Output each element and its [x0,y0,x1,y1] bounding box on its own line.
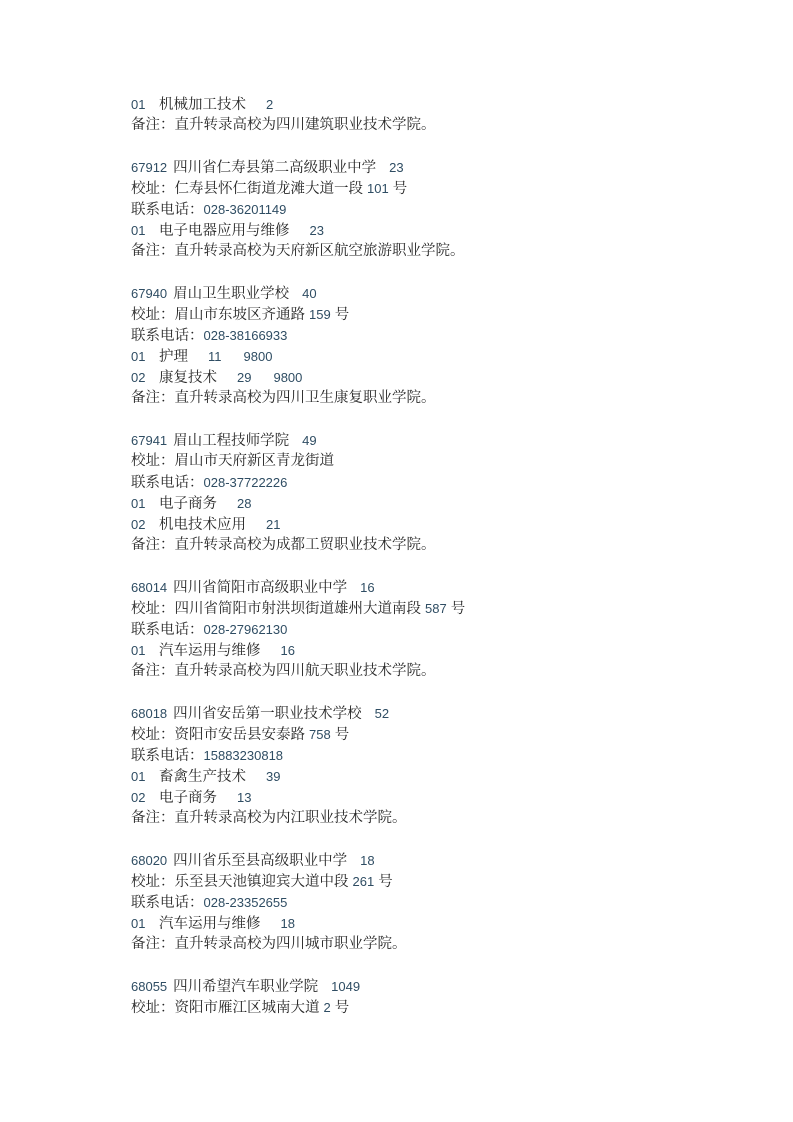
note-label: 备注： [131,390,175,406]
note-text: 直升转录高校为成都工贸职业技术学院。 [175,537,436,553]
school-phone: 联系电话：028-38166933 [131,325,753,346]
note-text: 直升转录高校为四川航天职业技术学院。 [175,663,436,679]
address-value: 四川省简阳市射洪坝街道雄州大道南段 587 号 [175,601,466,617]
major-row: 01护理119800 [131,346,753,367]
major-name: 电子商务 [159,790,217,806]
school-code: 67941 [131,433,167,448]
school-header: 68018四川省安岳第一职业技术学校52 [131,703,753,724]
school-note: 备注：直升转录高校为四川城市职业学院。 [131,934,753,955]
school-address: 校址：四川省简阳市射洪坝街道雄州大道南段 587 号 [131,598,753,619]
phone-value: 028-36201149 [204,202,287,217]
school-note: 备注：直升转录高校为四川航天职业技术学院。 [131,661,753,682]
document-page: 01机械加工技术2 备注：直升转录高校为四川建筑职业技术学院。 67912四川省… [0,0,793,1122]
note-label: 备注： [131,810,175,826]
major-name: 机械加工技术 [159,97,246,113]
school-plan-count: 40 [302,286,316,301]
phone-label: 联系电话： [131,328,204,344]
school-header: 67912四川省仁寿县第二高级职业中学23 [131,157,753,178]
address-value: 眉山市东坡区齐通路 159 号 [175,307,350,323]
major-row: 02康复技术299800 [131,367,753,388]
school-phone: 联系电话：028-36201149 [131,199,753,220]
address-label: 校址： [131,453,175,469]
school-header: 68055四川希望汽车职业学院1049 [131,976,753,997]
school-header: 68014四川省简阳市高级职业中学16 [131,577,753,598]
major-name: 汽车运用与维修 [159,643,261,659]
major-plan-count: 18 [281,916,295,931]
phone-value: 028-23352655 [204,895,288,910]
address-label: 校址： [131,181,175,197]
address-value: 眉山市天府新区青龙街道 [175,453,335,469]
note-text: 直升转录高校为四川建筑职业技术学院。 [175,117,436,133]
major-number: 01 [131,493,146,514]
address-value: 资阳市安岳县安泰路 758 号 [175,727,350,743]
major-plan-count: 23 [310,223,324,238]
school-code: 67912 [131,160,167,175]
address-value: 仁寿县怀仁街道龙滩大道一段 101 号 [175,181,408,197]
school-plan-count: 49 [302,433,316,448]
address-value: 资阳市雁江区城南大道 2 号 [175,1000,350,1016]
phone-label: 联系电话： [131,202,204,218]
school-address: 校址：眉山市天府新区青龙街道 [131,451,753,472]
school-code: 68018 [131,706,167,721]
school-address: 校址：仁寿县怀仁街道龙滩大道一段 101 号 [131,178,753,199]
note-label: 备注： [131,243,175,259]
school-entry: 68014四川省简阳市高级职业中学16 校址：四川省简阳市射洪坝街道雄州大道南段… [131,577,753,682]
major-row: 01电子商务28 [131,493,753,514]
note-label: 备注： [131,117,175,133]
school-address: 校址：资阳市雁江区城南大道 2 号 [131,997,753,1018]
school-name: 四川省安岳第一职业技术学校 [173,706,362,722]
major-number: 02 [131,367,146,388]
major-number: 01 [131,220,146,241]
note-text: 直升转录高校为内江职业技术学院。 [175,810,407,826]
major-row: 02电子商务13 [131,787,753,808]
school-note: 备注：直升转录高校为成都工贸职业技术学院。 [131,535,753,556]
major-tuition: 9800 [244,349,273,364]
school-header: 68020四川省乐至县高级职业中学18 [131,850,753,871]
school-header: 67941眉山工程技师学院49 [131,430,753,451]
major-name: 康复技术 [159,370,217,386]
school-address: 校址：乐至县天池镇迎宾大道中段 261 号 [131,871,753,892]
major-name: 电子商务 [159,496,217,512]
major-plan-count: 21 [266,517,280,532]
note-text: 直升转录高校为四川卫生康复职业学院。 [175,390,436,406]
school-plan-count: 16 [360,580,374,595]
school-phone: 联系电话：028-23352655 [131,892,753,913]
school-entry: 68055四川希望汽车职业学院1049 校址：资阳市雁江区城南大道 2 号 [131,976,753,1018]
major-number: 01 [131,640,146,661]
note-text: 直升转录高校为四川城市职业学院。 [175,936,407,952]
school-note: 备注：直升转录高校为四川建筑职业技术学院。 [131,115,753,136]
major-plan-count: 2 [266,97,273,112]
school-name: 眉山工程技师学院 [173,433,289,449]
phone-label: 联系电话： [131,895,204,911]
major-tuition: 9800 [273,370,302,385]
school-name: 四川希望汽车职业学院 [173,979,318,995]
major-name: 汽车运用与维修 [159,916,261,932]
major-plan-count: 11 [208,349,222,364]
school-entry: 67941眉山工程技师学院49 校址：眉山市天府新区青龙街道 联系电话：028-… [131,430,753,556]
major-name: 电子电器应用与维修 [159,223,290,239]
school-code: 68020 [131,853,167,868]
school-plan-count: 1049 [331,979,360,994]
phone-value: 028-37722226 [204,475,288,490]
phone-label: 联系电话： [131,622,204,638]
note-label: 备注： [131,537,175,553]
major-row: 01汽车运用与维修16 [131,640,753,661]
school-phone: 联系电话：028-27962130 [131,619,753,640]
school-name: 四川省仁寿县第二高级职业中学 [173,160,376,176]
school-name: 眉山卫生职业学校 [173,286,289,302]
major-row: 01电子电器应用与维修23 [131,220,753,241]
school-header: 67940眉山卫生职业学校40 [131,283,753,304]
phone-label: 联系电话： [131,475,204,491]
major-row: 01汽车运用与维修18 [131,913,753,934]
major-row: 01畜禽生产技术39 [131,766,753,787]
phone-label: 联系电话： [131,748,204,764]
address-label: 校址： [131,601,175,617]
major-name: 护理 [159,349,188,365]
address-value: 乐至县天池镇迎宾大道中段 261 号 [175,874,393,890]
major-name: 畜禽生产技术 [159,769,246,785]
note-label: 备注： [131,663,175,679]
school-entry: 01机械加工技术2 备注：直升转录高校为四川建筑职业技术学院。 [131,94,753,136]
address-label: 校址： [131,1000,175,1016]
school-note: 备注：直升转录高校为天府新区航空旅游职业学院。 [131,241,753,262]
major-row: 02机电技术应用21 [131,514,753,535]
major-plan-count: 39 [266,769,280,784]
school-code: 68014 [131,580,167,595]
school-entry: 67940眉山卫生职业学校40 校址：眉山市东坡区齐通路 159 号 联系电话：… [131,283,753,409]
school-plan-count: 18 [360,853,374,868]
note-label: 备注： [131,936,175,952]
major-plan-count: 16 [281,643,295,658]
school-phone: 联系电话：028-37722226 [131,472,753,493]
note-text: 直升转录高校为天府新区航空旅游职业学院。 [175,243,465,259]
school-phone: 联系电话：15883230818 [131,745,753,766]
school-plan-count: 23 [389,160,403,175]
school-name: 四川省简阳市高级职业中学 [173,580,347,596]
address-label: 校址： [131,727,175,743]
major-plan-count: 13 [237,790,251,805]
school-address: 校址：眉山市东坡区齐通路 159 号 [131,304,753,325]
school-entry: 68020四川省乐至县高级职业中学18 校址：乐至县天池镇迎宾大道中段 261 … [131,850,753,955]
phone-value: 15883230818 [204,748,284,763]
address-label: 校址： [131,307,175,323]
phone-value: 028-38166933 [204,328,288,343]
major-number: 01 [131,913,146,934]
address-label: 校址： [131,874,175,890]
school-plan-count: 52 [375,706,389,721]
major-number: 01 [131,766,146,787]
school-code: 67940 [131,286,167,301]
school-code: 68055 [131,979,167,994]
school-note: 备注：直升转录高校为内江职业技术学院。 [131,808,753,829]
phone-value: 028-27962130 [204,622,288,637]
major-number: 01 [131,94,146,115]
major-name: 机电技术应用 [159,517,246,533]
school-entry: 68018四川省安岳第一职业技术学校52 校址：资阳市安岳县安泰路 758 号 … [131,703,753,829]
school-note: 备注：直升转录高校为四川卫生康复职业学院。 [131,388,753,409]
school-entry: 67912四川省仁寿县第二高级职业中学23 校址：仁寿县怀仁街道龙滩大道一段 1… [131,157,753,262]
major-plan-count: 29 [237,370,251,385]
school-address: 校址：资阳市安岳县安泰路 758 号 [131,724,753,745]
major-number: 02 [131,787,146,808]
major-number: 01 [131,346,146,367]
major-plan-count: 28 [237,496,251,511]
school-name: 四川省乐至县高级职业中学 [173,853,347,869]
major-row: 01机械加工技术2 [131,94,753,115]
major-number: 02 [131,514,146,535]
